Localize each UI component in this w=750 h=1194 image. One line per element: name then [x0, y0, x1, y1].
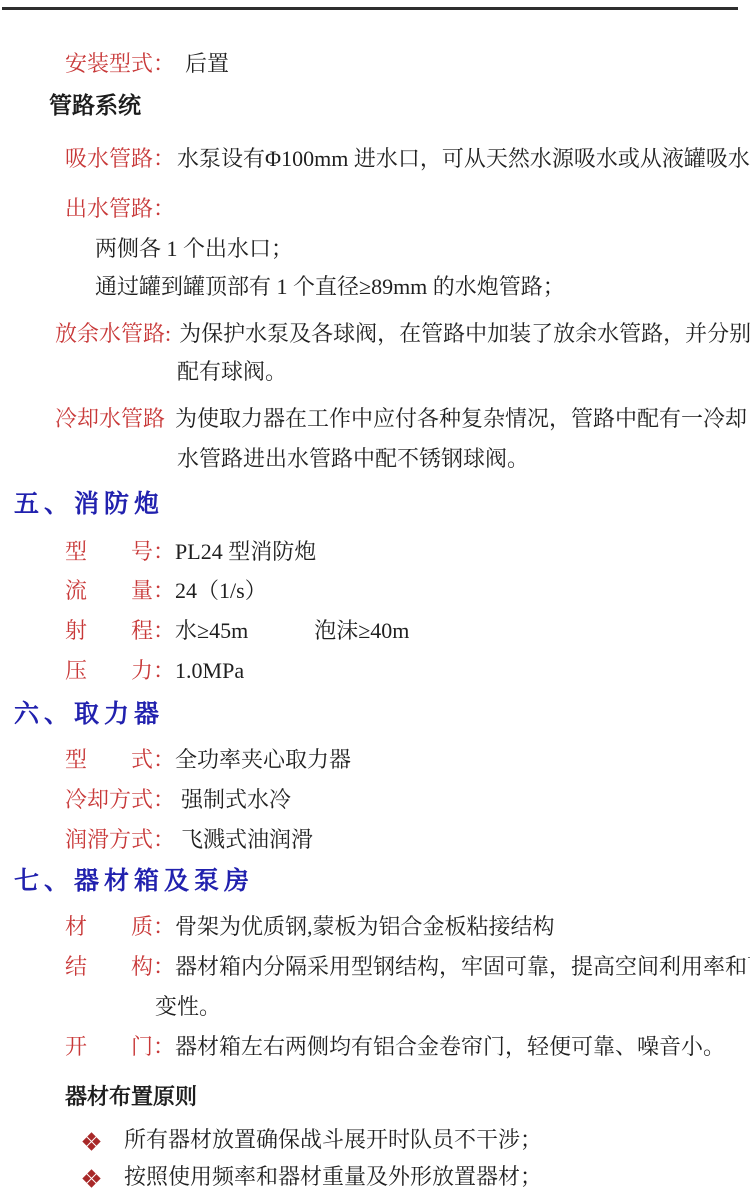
monitor-range-label: 射 程：: [65, 618, 175, 643]
document-page: 安装型式：后置 管路系统 吸水管路：水泵设有Φ100mm 进水口，可从天然水源吸…: [0, 0, 750, 1194]
drain-pipe-line: 放余水管路:为保护水泵及各球阀，在管路中加装了放余水管路，并分别: [55, 321, 750, 347]
monitor-range-value: 水≥45m 泡沫≥40m: [175, 618, 409, 643]
monitor-model-label: 型 号：: [65, 539, 175, 564]
layout-principles-heading: 器材布置原则: [65, 1084, 197, 1110]
diamond-bullet-icon: [82, 1169, 100, 1187]
install-type-line: 安装型式：后置: [65, 51, 229, 77]
pto-lube-line: 润滑方式：飞溅式油润滑: [65, 827, 313, 853]
box-structure-line: 结 构：器材箱内分隔采用型钢结构，牢固可靠，提高空间利用率和可: [65, 954, 750, 980]
layout-bullet-2: 按照使用频率和器材重量及外形放置器材；: [85, 1164, 542, 1190]
pto-type-value: 全功率夹心取力器: [175, 747, 351, 772]
cooling-pipe-text-1: 为使取力器在工作中应付各种复杂情况，管路中配有一冷却: [175, 406, 747, 431]
pto-type-label: 型 式：: [65, 747, 175, 772]
pto-lube-value: 飞溅式油润滑: [181, 827, 313, 852]
box-material-label: 材 质：: [65, 914, 175, 939]
box-material-value: 骨架为优质钢,蒙板为铝合金板粘接结构: [175, 914, 555, 939]
cooling-pipe-text-2: 水管路进出水管路中配不锈钢球阀。: [177, 446, 529, 471]
cooling-pipe-line: 冷却水管路为使取力器在工作中应付各种复杂情况，管路中配有一冷却: [55, 406, 747, 432]
pto-cooling-line: 冷却方式：强制式水冷: [65, 787, 291, 813]
box-door-label: 开 门：: [65, 1034, 175, 1059]
monitor-model-value: PL24 型消防炮: [175, 539, 316, 564]
outlet-pipe-label: 出水管路：: [65, 196, 175, 221]
box-structure-text-2: 变性。: [155, 994, 221, 1019]
pto-cooling-value: 强制式水冷: [181, 787, 291, 812]
suction-pipe-line: 吸水管路：水泵设有Φ100mm 进水口，可从天然水源吸水或从液罐吸水。: [65, 146, 750, 172]
drain-pipe-text-1: 为保护水泵及各球阀，在管路中加装了放余水管路，并分别: [179, 321, 750, 346]
box-structure-cont: 变性。: [155, 994, 221, 1020]
box-structure-label: 结 构：: [65, 954, 175, 979]
monitor-pressure-value: 1.0MPa: [175, 658, 244, 683]
layout-bullet-1-text: 所有器材放置确保战斗展开时队员不干涉；: [124, 1127, 542, 1152]
drain-pipe-cont: 配有球阀。: [177, 359, 287, 385]
pto-type-line: 型 式：全功率夹心取力器: [65, 747, 351, 773]
section-7-heading: 七、器材箱及泵房: [14, 869, 254, 895]
box-structure-text-1: 器材箱内分隔采用型钢结构，牢固可靠，提高空间利用率和可: [175, 954, 750, 979]
box-door-value: 器材箱左右两侧均有铝合金卷帘门，轻便可靠、噪音小。: [175, 1034, 725, 1059]
section-6-heading: 六、取力器: [14, 702, 164, 728]
outlet-detail-2-text: 通过罐到罐顶部有 1 个直径≥89mm 的水炮管路；: [95, 274, 565, 299]
install-type-value: 后置: [185, 51, 229, 76]
outlet-pipe-line: 出水管路：: [65, 196, 175, 222]
outlet-detail-2: 通过罐到罐顶部有 1 个直径≥89mm 的水炮管路；: [95, 274, 565, 300]
monitor-model-line: 型 号：PL24 型消防炮: [65, 539, 316, 565]
pipe-system-heading: 管路系统: [49, 93, 141, 119]
monitor-flow-value: 24（1/s）: [175, 578, 267, 603]
monitor-flow-line: 流 量：24（1/s）: [65, 578, 267, 604]
cooling-pipe-cont: 水管路进出水管路中配不锈钢球阀。: [177, 446, 529, 472]
suction-pipe-value: 水泵设有Φ100mm 进水口，可从天然水源吸水或从液罐吸水。: [177, 146, 750, 171]
layout-bullet-1: 所有器材放置确保战斗展开时队员不干涉；: [85, 1127, 542, 1153]
drain-pipe-text-2: 配有球阀。: [177, 359, 287, 384]
box-material-line: 材 质：骨架为优质钢,蒙板为铝合金板粘接结构: [65, 914, 555, 940]
box-door-line: 开 门：器材箱左右两侧均有铝合金卷帘门，轻便可靠、噪音小。: [65, 1034, 725, 1060]
diamond-bullet-icon: [82, 1132, 100, 1150]
monitor-pressure-line: 压 力：1.0MPa: [65, 658, 244, 684]
monitor-flow-label: 流 量：: [65, 578, 175, 603]
monitor-range-line: 射 程：水≥45m 泡沫≥40m: [65, 618, 409, 644]
drain-pipe-label: 放余水管路:: [55, 321, 171, 346]
pto-lube-label: 润滑方式：: [65, 827, 175, 852]
cooling-pipe-label: 冷却水管路: [55, 406, 165, 431]
monitor-pressure-label: 压 力：: [65, 658, 175, 683]
layout-bullet-2-text: 按照使用频率和器材重量及外形放置器材；: [124, 1164, 542, 1189]
outlet-detail-1: 两侧各 1 个出水口；: [95, 236, 293, 262]
install-type-label: 安装型式：: [65, 51, 175, 76]
suction-pipe-label: 吸水管路：: [65, 146, 175, 171]
pto-cooling-label: 冷却方式：: [65, 787, 175, 812]
section-5-heading: 五、消防炮: [14, 492, 164, 518]
header-rule: [2, 7, 738, 10]
outlet-detail-1-text: 两侧各 1 个出水口；: [95, 236, 293, 261]
